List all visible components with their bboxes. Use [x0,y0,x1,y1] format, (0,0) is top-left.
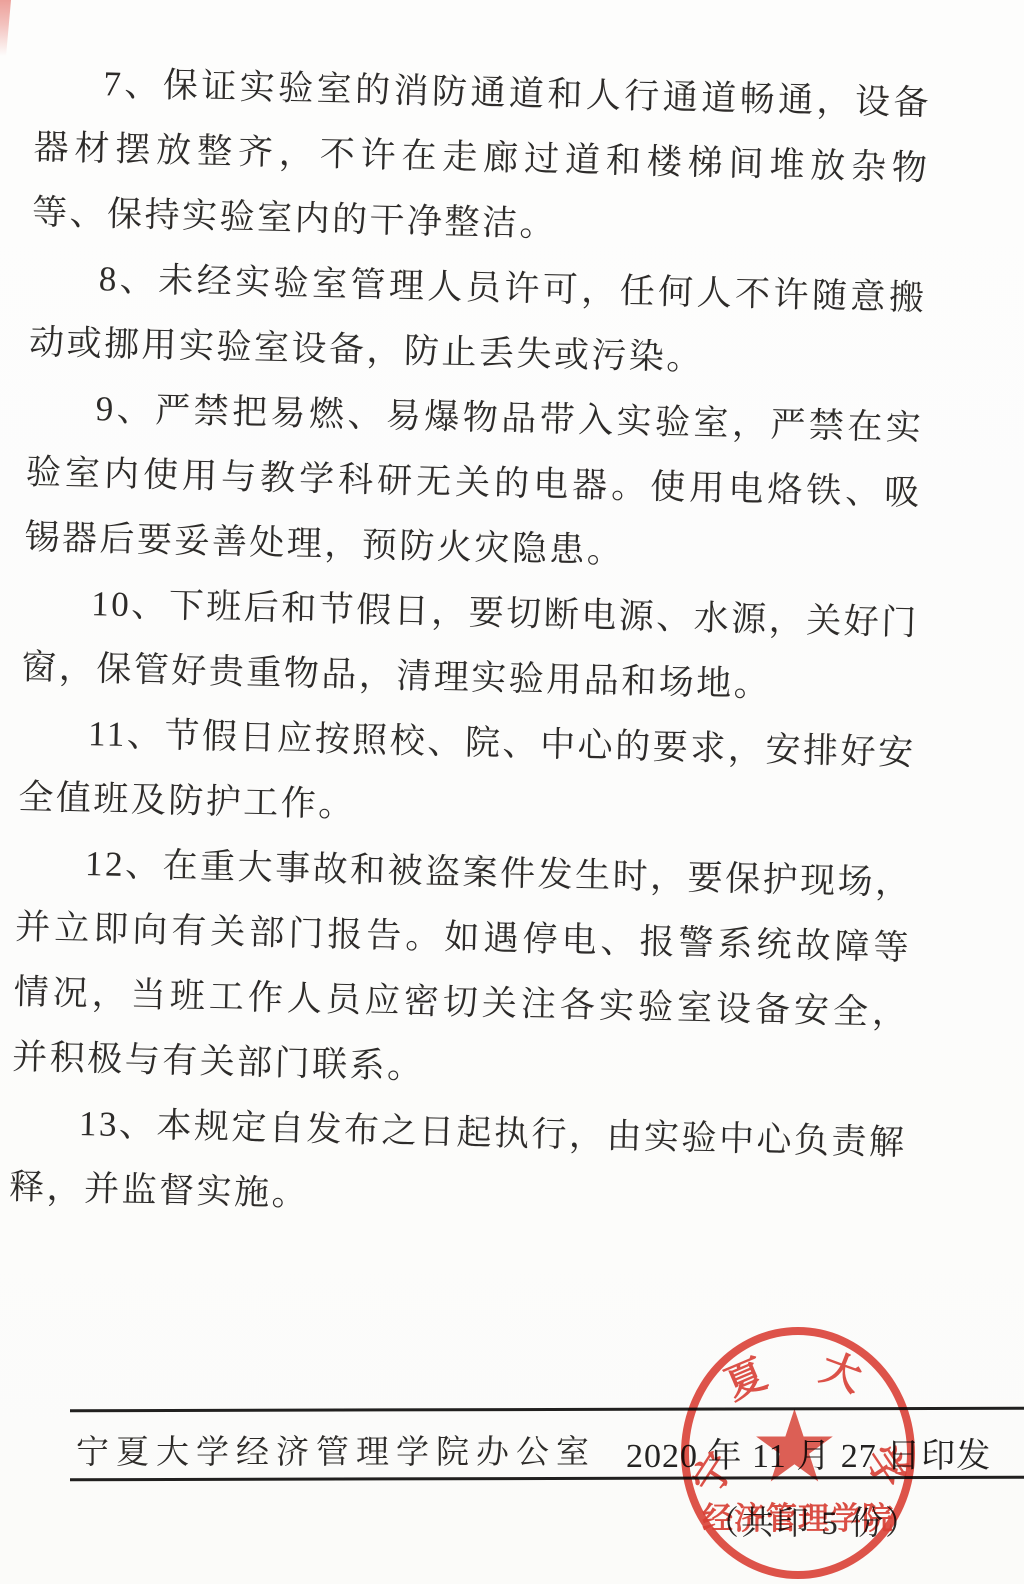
regulation-item-11: 11、节假日应按照校、院、中心的要求，安排好安全值班及防护工作。 [18,699,917,850]
regulation-item-9: 9、严禁把易燃、易爆物品带入实验室，严禁在实验室内使用与教学科研无关的电器。使用… [24,375,924,591]
regulation-item-13: 13、本规定自发布之日起执行，由实验中心负责解释，并监督实施。 [8,1089,907,1240]
red-corner-scan-artifact [0,0,11,56]
footer-copies-note: （共印 5 份） [706,1497,920,1544]
footer-issue-date: 2020 年 11 月 27 日印发 [626,1428,991,1477]
seal-arc-char-xia: 夏 [720,1354,772,1406]
footer-issuer-office: 宁夏大学经济管理学院办公室 [76,1426,596,1473]
seal-arc-char-da: 大 [815,1347,866,1398]
footer-divider-top [70,1407,1024,1412]
footer-divider-bottom [70,1476,1024,1481]
regulation-item-8: 8、未经实验室管理人员许可，任何人不许随意搬动或挪用实验室设备，防止丢失或污染。 [28,245,927,396]
regulation-item-7: 7、保证实验室的消防通道和人行通道畅通，设备器材摆放整齐，不许在走廊过道和楼梯间… [31,50,931,266]
regulation-item-10: 10、下班后和节假日，要切断电源、水源，关好门窗，保管好贵重物品，清理实验用品和… [21,570,920,721]
regulation-text-block: 7、保证实验室的消防通道和人行通道畅通，设备器材摆放整齐，不许在走廊过道和楼梯间… [8,50,931,1241]
scanned-document-page: 7、保证实验室的消防通道和人行通道畅通，设备器材摆放整齐，不许在走廊过道和楼梯间… [0,0,1024,1584]
regulation-item-12: 12、在重大事故和被盗案件发生时，要保护现场，并立即向有关部门报告。如遇停电、报… [12,829,914,1110]
